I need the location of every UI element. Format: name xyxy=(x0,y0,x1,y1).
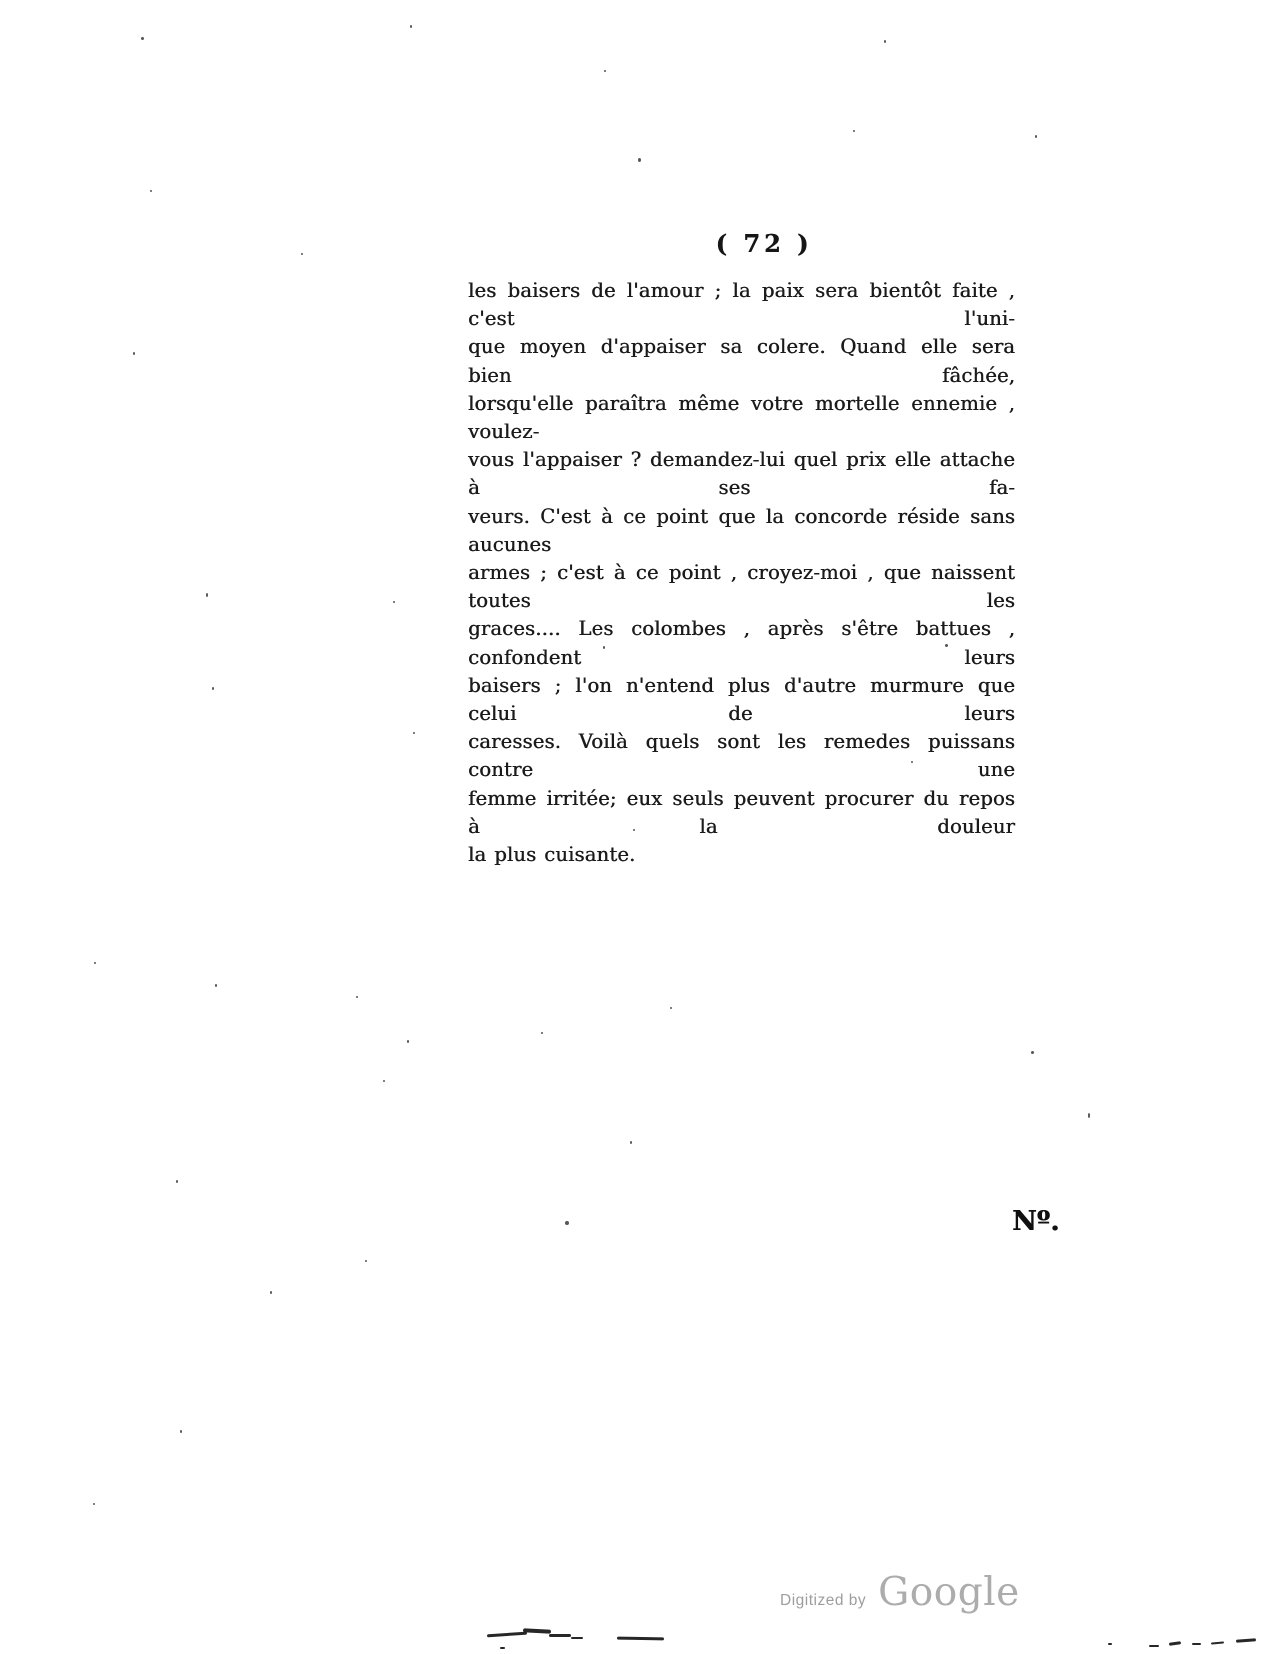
text-line: baisers ; l'on n'entend plus d'autre mur… xyxy=(468,672,1015,728)
scan-speck xyxy=(670,1007,672,1009)
watermark: Digitized by Google xyxy=(780,1570,1020,1615)
scan-speck xyxy=(301,253,303,255)
scan-smudge xyxy=(1236,1638,1256,1642)
signature-mark: Nº. xyxy=(1012,1206,1060,1237)
scan-smudge xyxy=(1108,1643,1112,1645)
scan-speck xyxy=(365,1260,367,1262)
scan-smudge xyxy=(523,1628,551,1633)
scan-speck xyxy=(356,996,358,998)
scan-speck xyxy=(176,1180,178,1183)
text-line: lorsqu'elle paraîtra même votre mortelle… xyxy=(468,390,1015,446)
text-line: veurs. C'est à ce point que la concorde … xyxy=(468,503,1015,559)
scan-speck xyxy=(541,1032,543,1034)
scan-speck xyxy=(150,190,152,192)
scan-speck xyxy=(93,1503,95,1505)
text-line: que moyen d'appaiser sa colere. Quand el… xyxy=(468,333,1015,389)
scan-smudge xyxy=(500,1647,505,1649)
scan-speck xyxy=(180,1430,182,1433)
scan-speck xyxy=(410,25,412,28)
scan-smudge xyxy=(617,1637,664,1641)
scan-speck xyxy=(206,593,208,597)
scan-smudge xyxy=(549,1634,571,1637)
scan-speck xyxy=(212,687,214,690)
text-line: les baisers de l'amour ; la paix sera bi… xyxy=(468,277,1015,333)
text-line: vous l'appaiser ? demandez-lui quel prix… xyxy=(468,446,1015,502)
scan-smudge xyxy=(487,1632,527,1638)
text-line: caresses. Voilà quels sont les remedes p… xyxy=(468,728,1015,784)
scan-speck xyxy=(383,1080,385,1082)
scan-speck xyxy=(393,601,395,603)
text-line: graces.... Les colombes , après s'être b… xyxy=(468,615,1015,671)
scan-speck xyxy=(630,1141,632,1144)
text-line: la plus cuisante. xyxy=(468,841,1015,869)
scan-smudge xyxy=(1169,1641,1181,1646)
scan-speck xyxy=(884,40,886,43)
scan-speck xyxy=(1088,1113,1090,1118)
scan-speck xyxy=(604,70,606,72)
scan-speck xyxy=(141,37,144,40)
scan-speck xyxy=(270,1291,272,1294)
text-line: femme irritée; eux seuls peuvent procure… xyxy=(468,785,1015,841)
google-logo: Google xyxy=(878,1570,1020,1615)
text-line: armes ; c'est à ce point , croyez-moi , … xyxy=(468,559,1015,615)
paragraph-block: les baisers de l'amour ; la paix sera bi… xyxy=(468,277,1015,869)
scan-speck xyxy=(1031,1051,1034,1054)
page-number: ( 72 ) xyxy=(698,229,830,258)
scan-speck xyxy=(565,1221,569,1225)
digitized-by-label: Digitized by xyxy=(780,1592,866,1610)
scan-smudge xyxy=(1149,1645,1159,1647)
scan-speck xyxy=(215,984,217,987)
scanned-book-page: ( 72 ) les baisers de l'amour ; la paix … xyxy=(0,0,1280,1654)
scan-smudge xyxy=(1192,1643,1201,1645)
scan-speck xyxy=(853,130,855,132)
scan-speck xyxy=(133,352,135,355)
scan-smudge xyxy=(571,1637,583,1639)
scan-smudge xyxy=(1211,1641,1224,1644)
scan-speck xyxy=(407,1040,409,1043)
scan-speck xyxy=(413,732,415,734)
scan-speck xyxy=(94,962,96,964)
scan-speck xyxy=(638,158,641,162)
scan-speck xyxy=(1035,135,1037,138)
